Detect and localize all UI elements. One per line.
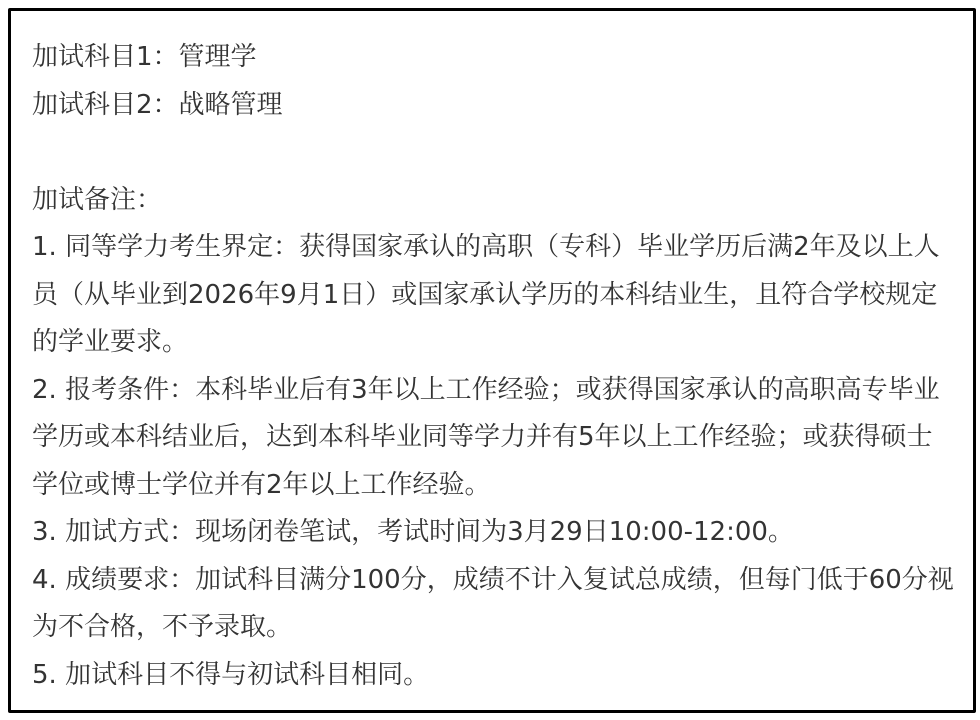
note-item-4: 4. 成绩要求：加试科目满分100分，成绩不计入复试总成绩，但每门低于60分视为… <box>32 557 955 652</box>
note-item-3: 3. 加试方式：现场闭卷笔试，考试时间为3月29日10:00-12:00。 <box>32 509 955 557</box>
extra-subject-1-line: 加试科目1：管理学 <box>32 34 955 82</box>
document-panel: 加试科目1：管理学 加试科目2：战略管理 加试备注： 1. 同等学力考生界定：获… <box>8 8 976 713</box>
note-item-2: 2. 报考条件：本科毕业后有3年以上工作经验；或获得国家承认的高职高专毕业学历或… <box>32 367 955 510</box>
note-item-5: 5. 加试科目不得与初试科目相同。 <box>32 652 955 700</box>
notes-heading: 加试备注： <box>32 177 955 225</box>
note-item-1: 1. 同等学力考生界定：获得国家承认的高职（专科）毕业学历后满2年及以上人员（从… <box>32 224 955 367</box>
extra-subject-2-line: 加试科目2：战略管理 <box>32 82 955 130</box>
blank-line-spacer <box>32 129 955 177</box>
